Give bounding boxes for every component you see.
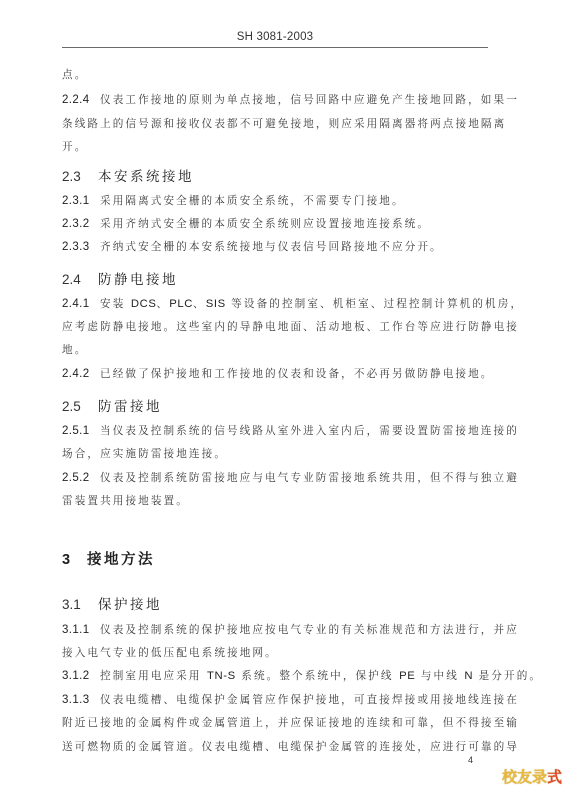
clause-2-5-1-line-2: 场合，应实施防雷接地连接。 <box>62 447 227 461</box>
clause-2-3-1: 2.3.1采用隔离式安全栅的本质安全系统，不需要专门接地。 <box>62 194 405 208</box>
clause-number: 2.5.1 <box>62 424 100 438</box>
clause-number: 2.5.2 <box>62 471 100 485</box>
clause-2-2-4: 2.2.4仪表工作接地的原则为单点接地，信号回路中应避免产生接地回路，如果一 <box>62 93 519 107</box>
document-page: SH 3081-2003 点。 2.2.4仪表工作接地的原则为单点接地，信号回路… <box>0 0 565 800</box>
clause-3-1-1-line-2: 接入电气专业的低压配电系统接地网。 <box>62 646 278 660</box>
term-tn-s: TN-S <box>207 670 236 682</box>
term-n: N <box>464 670 473 682</box>
clause-text: 仪表及控制系统防雷接地应与电气专业防雷接地系统共用，但不得与独立避 <box>100 472 519 484</box>
section-heading-2-4: 2.4防静电接地 <box>62 271 178 289</box>
chapter-heading-3: 3接地方法 <box>62 550 155 570</box>
section-title: 保护接地 <box>98 597 162 613</box>
clause-text: 采用齐纳式安全栅的本质安全系统则应设置接地连接系统。 <box>100 218 430 230</box>
clause-text: 是分开的。 <box>473 670 542 682</box>
clause-2-5-2: 2.5.2仪表及控制系统防雷接地应与电气专业防雷接地系统共用，但不得与独立避 <box>62 471 519 485</box>
section-number: 2.5 <box>62 398 98 416</box>
clause-text: 齐纳式安全栅的本安系统接地与仪表信号回路接地不应分开。 <box>100 241 443 253</box>
clause-text: 采用隔离式安全栅的本质安全系统，不需要专门接地。 <box>100 195 405 207</box>
clause-2-4-1-line-3: 地。 <box>62 343 87 357</box>
clause-text: 等设备的控制室、机柜室、过程控制计算机的机房， <box>226 298 523 310</box>
chapter-number: 3 <box>62 550 87 570</box>
watermark-text: 校友录式 <box>502 766 562 787</box>
watermark-accent: 式 <box>547 768 562 786</box>
clause-2-3-2: 2.3.2采用齐纳式安全栅的本质安全系统则应设置接地连接系统。 <box>62 217 430 231</box>
section-heading-2-3: 2.3本安系统接地 <box>62 168 194 186</box>
term-dcs: DCS <box>131 298 157 310</box>
clause-2-5-1: 2.5.1当仪表及控制系统的信号线路从室外进入室内后，需要设置防雷接地连接的 <box>62 424 519 438</box>
section-number: 2.4 <box>62 271 98 289</box>
clause-2-3-3: 2.3.3齐纳式安全栅的本安系统接地与仪表信号回路接地不应分开。 <box>62 240 443 254</box>
standard-code-header: SH 3081-2003 <box>0 31 550 43</box>
page-number: 4 <box>468 755 473 765</box>
clause-number: 3.1.3 <box>62 693 100 707</box>
watermark-main: 校友录 <box>502 768 547 786</box>
clause-number: 2.4.1 <box>62 297 100 311</box>
term-pe: PE <box>399 670 415 682</box>
clause-text: 已经做了保护接地和工作接地的仪表和设备，不必再另做防静电接地。 <box>100 368 494 380</box>
clause-3-1-1: 3.1.1仪表及控制系统的保护接地应按电气专业的有关标准规范和方法进行，并应 <box>62 623 519 637</box>
clause-text: 仪表工作接地的原则为单点接地，信号回路中应避免产生接地回路，如果一 <box>100 94 519 106</box>
section-number: 3.1 <box>62 596 98 614</box>
separator: 、 <box>193 298 206 310</box>
clause-text: 控制室用电应采用 <box>100 670 207 682</box>
clause-number: 2.3.2 <box>62 217 100 231</box>
clause-2-5-2-line-2: 雷装置共用接地装置。 <box>62 494 189 508</box>
clause-text: 仪表电缆槽、电缆保护金属管应作保护接地，可直接焊接或用接地线连接在 <box>100 694 519 706</box>
header-divider <box>62 47 488 48</box>
section-title: 本安系统接地 <box>98 169 194 185</box>
separator: 、 <box>157 298 170 310</box>
clause-number: 2.3.3 <box>62 240 100 254</box>
clause-text: 安装 <box>100 298 131 310</box>
section-heading-3-1: 3.1保护接地 <box>62 596 162 614</box>
clause-2-2-4-line-2: 条线路上的信号源和接收仪表都不可避免接地，则应采用隔离器将两点接地隔离 <box>62 117 506 131</box>
clause-text: 与中线 <box>415 670 464 682</box>
clause-text: 仪表及控制系统的保护接地应按电气专业的有关标准规范和方法进行，并应 <box>100 624 519 636</box>
term-sis: SIS <box>206 298 226 310</box>
clause-number: 2.3.1 <box>62 194 100 208</box>
clause-text: 当仪表及控制系统的信号线路从室外进入室内后，需要设置防雷接地连接的 <box>100 425 519 437</box>
section-number: 2.3 <box>62 168 98 186</box>
clause-number: 3.1.1 <box>62 623 100 637</box>
clause-3-1-2: 3.1.2控制室用电应采用 TN-S 系统。整个系统中，保护线 PE 与中线 N… <box>62 669 542 683</box>
clause-text: 系统。整个系统中，保护线 <box>236 670 399 682</box>
chapter-title: 接地方法 <box>87 552 155 568</box>
clause-number: 2.2.4 <box>62 93 100 107</box>
clause-number: 3.1.2 <box>62 669 100 683</box>
term-plc: PLC <box>169 298 193 310</box>
clause-2-4-1: 2.4.1安装 DCS、PLC、SIS 等设备的控制室、机柜室、过程控制计算机的… <box>62 297 523 311</box>
watermark-logo: 校友录式 ​ <box>500 766 560 796</box>
carryover-text: 点。 <box>62 68 87 82</box>
clause-2-4-2: 2.4.2已经做了保护接地和工作接地的仪表和设备，不必再另做防静电接地。 <box>62 367 494 381</box>
clause-3-1-3-line-2: 附近已接地的金属构件或金属管道上，并应保证接地的连续和可靠，但不得接至输 <box>62 716 519 730</box>
clause-2-2-4-line-3: 开。 <box>62 140 87 154</box>
clause-3-1-3: 3.1.3仪表电缆槽、电缆保护金属管应作保护接地，可直接焊接或用接地线连接在 <box>62 693 519 707</box>
clause-3-1-3-line-3: 送可燃物质的金属管道。仪表电缆槽、电缆保护金属管的连接处，应进行可靠的导 <box>62 740 519 754</box>
section-title: 防静电接地 <box>98 272 178 288</box>
section-heading-2-5: 2.5防雷接地 <box>62 398 162 416</box>
clause-2-4-1-line-2: 应考虑防静电接地。这些室内的导静电地面、活动地板、工作台等应进行防静电接 <box>62 320 519 334</box>
clause-number: 2.4.2 <box>62 367 100 381</box>
section-title: 防雷接地 <box>98 399 162 415</box>
